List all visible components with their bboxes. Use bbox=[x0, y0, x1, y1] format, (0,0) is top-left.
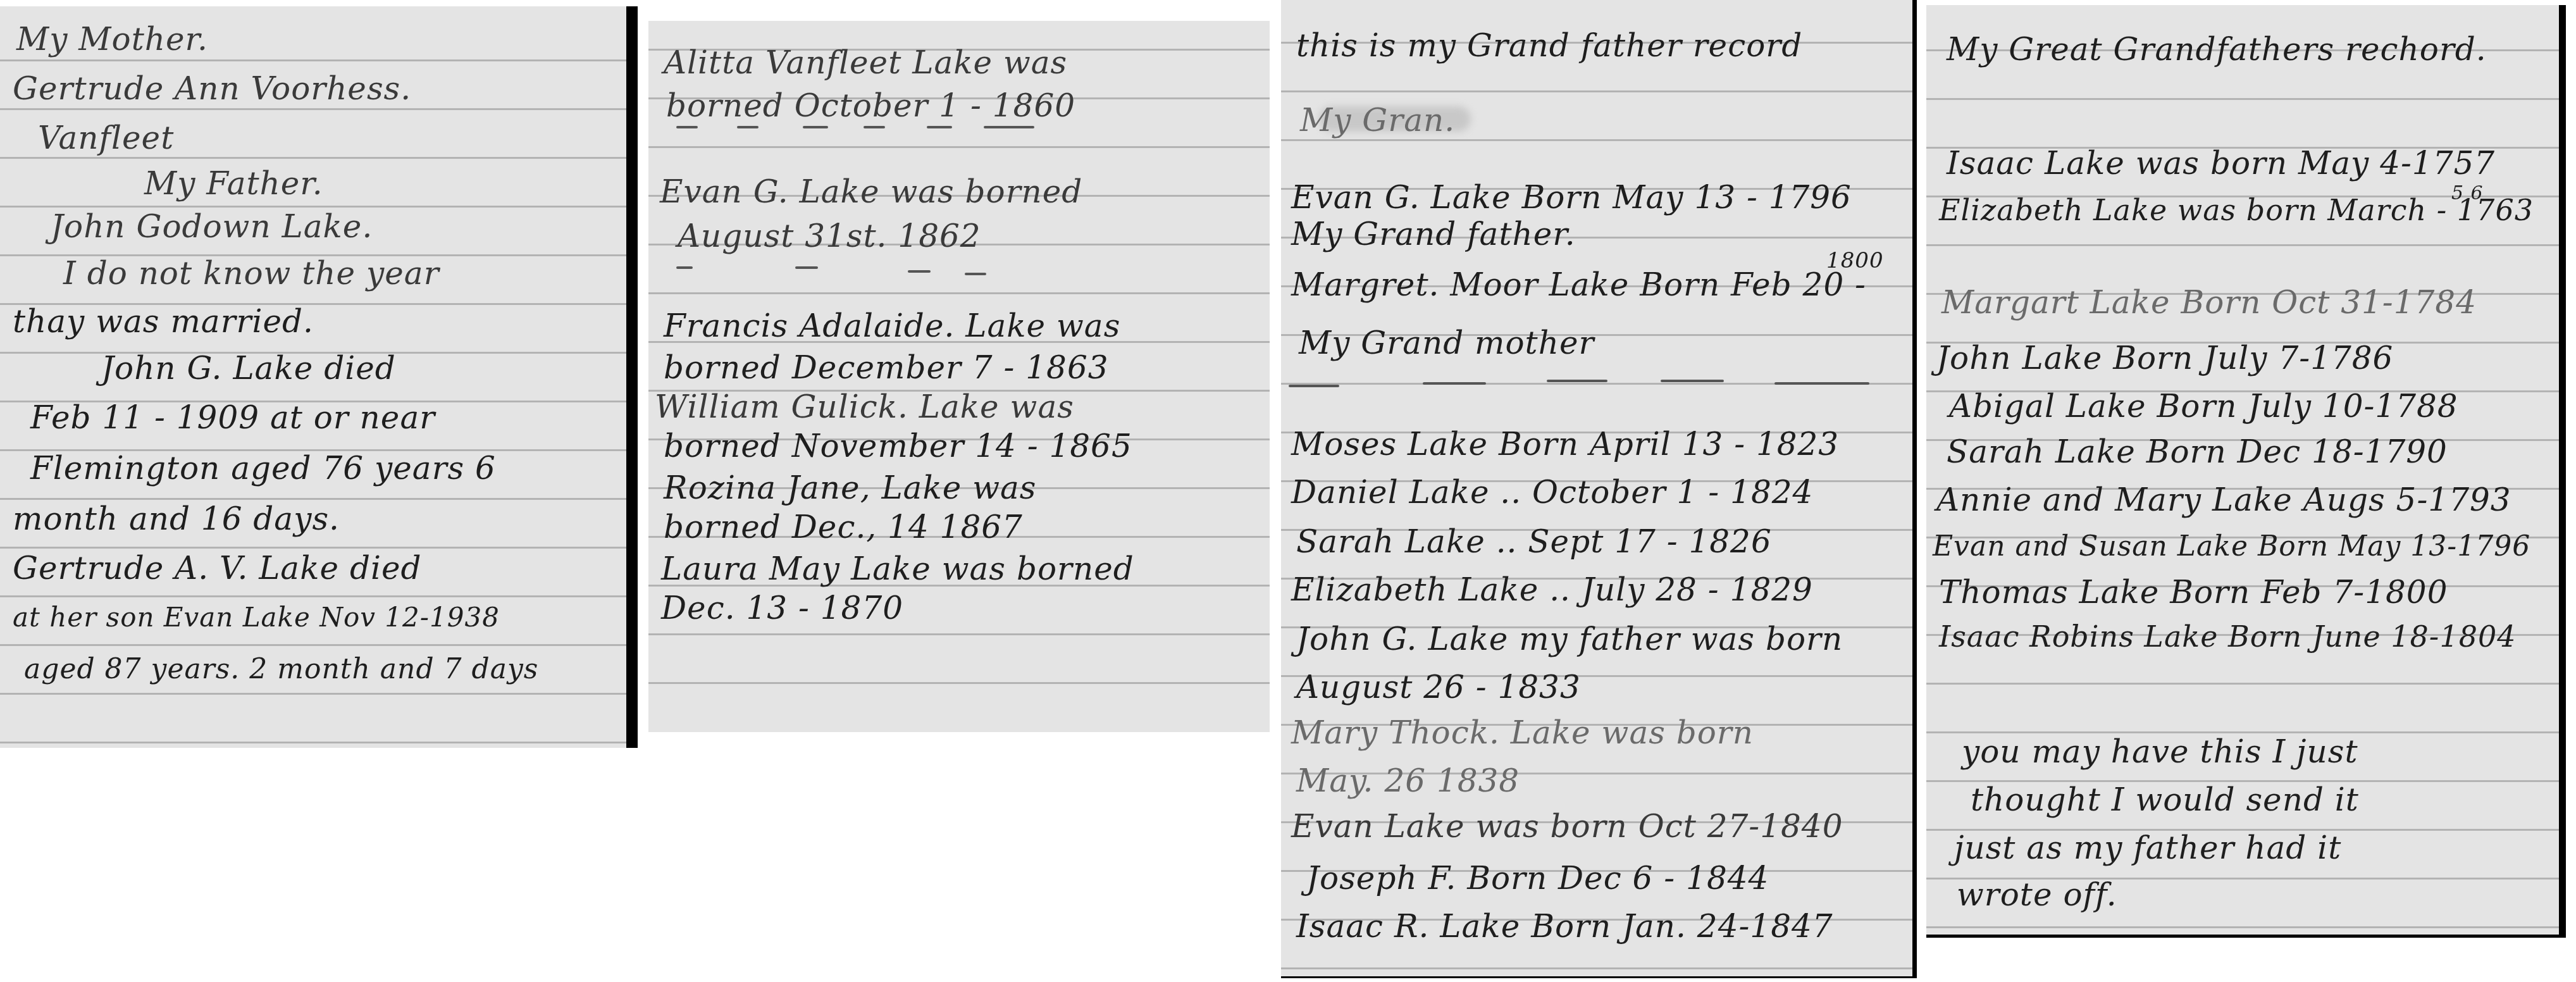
page-3-line-11: John G. Lake my father was born bbox=[1296, 620, 1843, 658]
page-1-line-11: month and 16 days. bbox=[13, 500, 340, 538]
ditto-dash bbox=[803, 126, 828, 128]
ditto-dash bbox=[1547, 380, 1607, 382]
page-3-line-9: Sarah Lake .. Sept 17 - 1826 bbox=[1296, 523, 1772, 561]
page-3-line-2: My Gran. bbox=[1300, 101, 1455, 139]
page-4-line-11: Isaac Robins Lake Born June 18-1804 bbox=[1939, 618, 2516, 656]
page-3: this is my Grand father record My Gran. … bbox=[1281, 0, 1917, 978]
ditto-dash bbox=[737, 126, 759, 128]
page-1-line-3: Vanfleet bbox=[38, 119, 174, 157]
page-4-line-7: Sarah Lake Born Dec 18-1790 bbox=[1947, 433, 2448, 471]
page-3-line-13: Mary Thock. Lake was born bbox=[1291, 714, 1754, 752]
page-3-annotation-1800: 1800 bbox=[1826, 242, 1884, 280]
page-4-line-2: Isaac Lake was born May 4-1757 bbox=[1947, 144, 2495, 182]
page-3-scan-edge bbox=[1912, 0, 1917, 978]
page-1-line-10: Flemington aged 76 years 6 bbox=[30, 449, 496, 487]
page-3-line-8: Daniel Lake .. October 1 - 1824 bbox=[1291, 473, 1813, 511]
page-1-line-13: at her son Evan Lake Nov 12-1938 bbox=[13, 599, 500, 637]
page-3-line-14: May. 26 1838 bbox=[1296, 762, 1520, 800]
page-1-line-4: My Father. bbox=[144, 165, 323, 202]
page-4-line-5: John Lake Born July 7-1786 bbox=[1936, 339, 2393, 377]
ditto-dash bbox=[927, 126, 952, 128]
page-4-scan-edge-bottom bbox=[1926, 935, 2566, 938]
page-2-line-9: Rozina Jane, Lake was bbox=[664, 469, 1036, 507]
ditto-dash bbox=[1289, 385, 1339, 387]
page-4-line-14: just as my father had it bbox=[1954, 829, 2341, 867]
page-1-line-9: Feb 11 - 1909 at or near bbox=[30, 399, 435, 437]
page-1-line-7: thay was married. bbox=[13, 302, 314, 340]
page-3-line-6: My Grand mother bbox=[1299, 324, 1594, 362]
page-4-line-6: Abigal Lake Born July 10-1788 bbox=[1949, 387, 2458, 425]
page-4-line-4: Margart Lake Born Oct 31-1784 bbox=[1941, 283, 2477, 321]
page-2: Alitta Vanfleet Lake was borned October … bbox=[648, 21, 1270, 732]
page-1: My Mother. Gertrude Ann Voorhess. Vanfle… bbox=[0, 6, 638, 748]
page-1-line-14: aged 87 years. 2 month and 7 days bbox=[24, 650, 538, 688]
page-2-line-11: Laura May Lake was borned bbox=[661, 550, 1134, 588]
page-1-scan-edge bbox=[626, 6, 638, 748]
page-1-line-2: Gertrude Ann Voorhess. bbox=[13, 70, 411, 108]
page-2-line-5: Francis Adalaide. Lake was bbox=[664, 307, 1120, 345]
ditto-dash bbox=[908, 270, 931, 273]
page-4-line-15: wrote off. bbox=[1957, 876, 2117, 914]
ditto-dash bbox=[676, 126, 698, 128]
page-2-line-4: August 31st. 1862 bbox=[678, 217, 981, 255]
page-2-line-6: borned December 7 - 1863 bbox=[664, 349, 1109, 387]
page-4-line-8: Annie and Mary Lake Augs 5-1793 bbox=[1936, 481, 2511, 519]
page-2-line-3: Evan G. Lake was borned bbox=[660, 173, 1082, 211]
page-2-line-10: borned Dec., 14 1867 bbox=[664, 508, 1023, 546]
page-4-scan-edge bbox=[2559, 5, 2566, 938]
ditto-dash bbox=[984, 126, 1034, 128]
ditto-dash bbox=[1661, 380, 1724, 382]
ditto-dash bbox=[965, 273, 986, 275]
ditto-dash bbox=[676, 266, 693, 269]
page-3-line-1: this is my Grand father record bbox=[1296, 27, 1802, 65]
page-3-line-5: Margret. Moor Lake Born Feb 20 - bbox=[1291, 266, 1866, 304]
page-2-line-8: borned November 14 - 1865 bbox=[664, 427, 1132, 465]
page-2-line-7: William Gulick. Lake was bbox=[655, 388, 1074, 426]
page-3-line-10: Elizabeth Lake .. July 28 - 1829 bbox=[1291, 571, 1813, 609]
ditto-dash bbox=[795, 266, 818, 269]
ditto-dash bbox=[1774, 382, 1869, 385]
page-1-line-5: John Godown Lake. bbox=[51, 208, 373, 245]
page-4-line-3: Elizabeth Lake was born March - 1763 bbox=[1939, 191, 2534, 229]
page-2-line-2: borned October 1 - 1860 bbox=[666, 87, 1075, 125]
page-3-scan-edge-bottom bbox=[1281, 976, 1917, 978]
ditto-dash bbox=[1423, 382, 1486, 385]
page-1-line-6: I do not know the year bbox=[63, 254, 440, 292]
page-4-line-13: thought I would send it bbox=[1971, 781, 2359, 819]
page-1-line-8: John G. Lake died bbox=[101, 349, 396, 387]
page-4-line-10: Thomas Lake Born Feb 7-1800 bbox=[1939, 573, 2448, 611]
page-4: My Great Grandfathers rechord. Isaac Lak… bbox=[1926, 5, 2566, 938]
page-3-line-4: My Grand father. bbox=[1291, 215, 1576, 253]
page-2-line-12: Dec. 13 - 1870 bbox=[661, 589, 903, 627]
page-2-line-1: Alitta Vanfleet Lake was bbox=[664, 44, 1067, 82]
page-1-line-12: Gertrude A. V. Lake died bbox=[13, 549, 422, 587]
page-4-line-12: you may have this I just bbox=[1962, 733, 2358, 771]
page-3-line-17: Isaac R. Lake Born Jan. 24-1847 bbox=[1296, 907, 1833, 945]
page-1-line-1: My Mother. bbox=[16, 20, 208, 58]
ditto-dash bbox=[864, 126, 885, 128]
page-4-line-1: My Great Grandfathers rechord. bbox=[1947, 30, 2487, 68]
page-3-line-3: Evan G. Lake Born May 13 - 1796 bbox=[1291, 178, 1852, 216]
page-3-line-16: Joseph F. Born Dec 6 - 1844 bbox=[1306, 859, 1769, 897]
page-3-line-12: August 26 - 1833 bbox=[1296, 668, 1581, 706]
page-4-line-9: Evan and Susan Lake Born May 13-1796 bbox=[1933, 528, 2530, 566]
page-3-line-15: Evan Lake was born Oct 27-1840 bbox=[1291, 807, 1843, 845]
page-3-line-7: Moses Lake Born April 13 - 1823 bbox=[1291, 425, 1839, 463]
